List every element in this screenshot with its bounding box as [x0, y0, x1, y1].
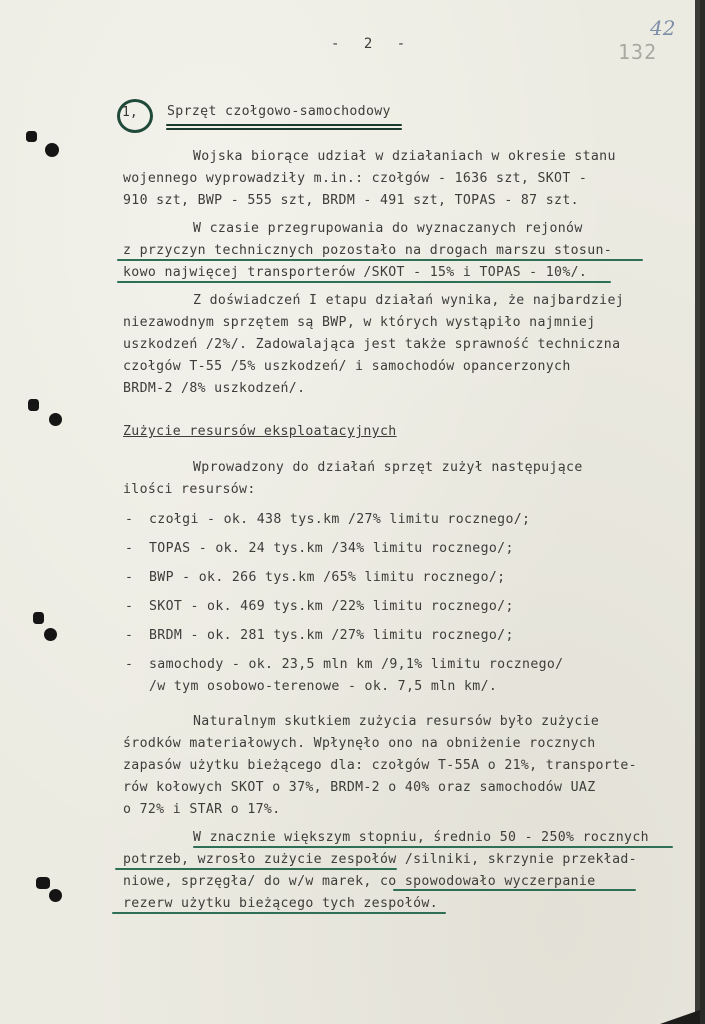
handwritten-underline	[193, 846, 673, 848]
paragraph-line: Naturalnym skutkiem zużycia resursów był…	[193, 714, 599, 730]
paragraph-line: potrzeb, wzrosło zużycie zespołów /silni…	[123, 852, 637, 868]
paragraph-line: niezawodnym sprzętem są BWP, w których w…	[123, 315, 596, 331]
punch-hole-icon	[49, 413, 62, 426]
punch-hole-icon	[28, 399, 39, 411]
paragraph-line: rezerw użytku bieżącego tych zespołów.	[123, 896, 438, 912]
paragraph-line: wojennego wyprowadziły m.in.: czołgów - …	[123, 171, 587, 187]
paragraph-line: niowe, sprzęgła/ do w/w marek, co spowod…	[123, 874, 596, 890]
list-bullet: -	[125, 657, 133, 673]
list-item: czołgi - ok. 438 tys.km /27% limitu rocz…	[149, 512, 530, 528]
paragraph-line: Wojska biorące udział w działaniach w ok…	[193, 149, 616, 165]
list-item: samochody - ok. 23,5 mln km /9,1% limitu…	[149, 657, 563, 673]
paragraph-line: środków materiałowych. Wpłynęło ono na o…	[123, 736, 596, 752]
list-item: BRDM - ok. 281 tys.km /27% limitu roczne…	[149, 628, 514, 644]
paragraph-line: uszkodzeń /2%/. Zadowalająca jest także …	[123, 337, 620, 353]
punch-hole-icon	[26, 131, 37, 142]
paragraph-line: Z doświadczeń I etapu działań wynika, że…	[193, 293, 624, 309]
list-item-continuation: /w tym osobowo-terenowe - ok. 7,5 mln km…	[149, 679, 497, 695]
punch-hole-icon	[44, 628, 57, 641]
handwritten-underline	[393, 889, 636, 891]
list-item: SKOT - ok. 469 tys.km /22% limitu roczne…	[149, 599, 514, 615]
paragraph-line: z przyczyn technicznych pozostało na dro…	[123, 243, 612, 259]
paragraph-line: zapasów użytku bieżącego dla: czołgów T-…	[123, 758, 637, 774]
list-bullet: -	[125, 541, 133, 557]
document-page: - 2 - 42 132 1, Sprzęt czołgowo-samochod…	[0, 0, 700, 1024]
punch-hole-icon	[45, 143, 59, 157]
list-bullet: -	[125, 570, 133, 586]
punch-hole-icon	[36, 877, 50, 889]
page-edge	[695, 0, 700, 1024]
paragraph-line: ilości resursów:	[123, 482, 256, 498]
paragraph-line: czołgów T-55 /5% uszkodzeń/ i samochodów…	[123, 359, 571, 375]
list-bullet: -	[125, 628, 133, 644]
handwritten-underline	[117, 281, 611, 283]
paragraph-line: W czasie przegrupowania do wyznaczanych …	[193, 221, 583, 237]
list-bullet: -	[125, 512, 133, 528]
list-item: TOPAS - ok. 24 tys.km /34% limitu roczne…	[149, 541, 514, 557]
handwritten-underline	[115, 868, 397, 870]
section-number: 1,	[122, 105, 138, 120]
list-bullet: -	[125, 599, 133, 615]
archive-handwritten-number: 42	[650, 16, 675, 40]
subheading: Zużycie resursów eksploatacyjnych	[123, 424, 397, 440]
paragraph-line: Wprowadzony do działań sprzęt zużył nast…	[193, 460, 583, 476]
paragraph-line: W znacznie większym stopniu, średnio 50 …	[193, 830, 649, 846]
page-corner-shadow	[660, 1010, 700, 1024]
paragraph-line: o 72% i STAR o 17%.	[123, 802, 281, 818]
punch-hole-icon	[49, 889, 62, 902]
paragraph-line: 910 szt, BWP - 555 szt, BRDM - 491 szt, …	[123, 193, 579, 209]
title-underline	[166, 124, 402, 126]
paragraph-line: rów kołowych SKOT o 37%, BRDM-2 o 40% or…	[123, 780, 596, 796]
paragraph-line: BRDM-2 /8% uszkodzeń/.	[123, 381, 305, 397]
title-underline	[166, 128, 402, 130]
paragraph-line: kowo najwięcej transporterów /SKOT - 15%…	[123, 265, 587, 281]
page-number: - 2 -	[331, 36, 413, 52]
section-title: Sprzęt czołgowo-samochodowy	[167, 104, 391, 120]
punch-hole-icon	[33, 612, 44, 624]
handwritten-underline	[117, 259, 643, 261]
handwritten-underline	[112, 912, 446, 914]
list-item: BWP - ok. 266 tys.km /65% limitu roczneg…	[149, 570, 505, 586]
archive-stamped-number: 132	[618, 40, 657, 64]
